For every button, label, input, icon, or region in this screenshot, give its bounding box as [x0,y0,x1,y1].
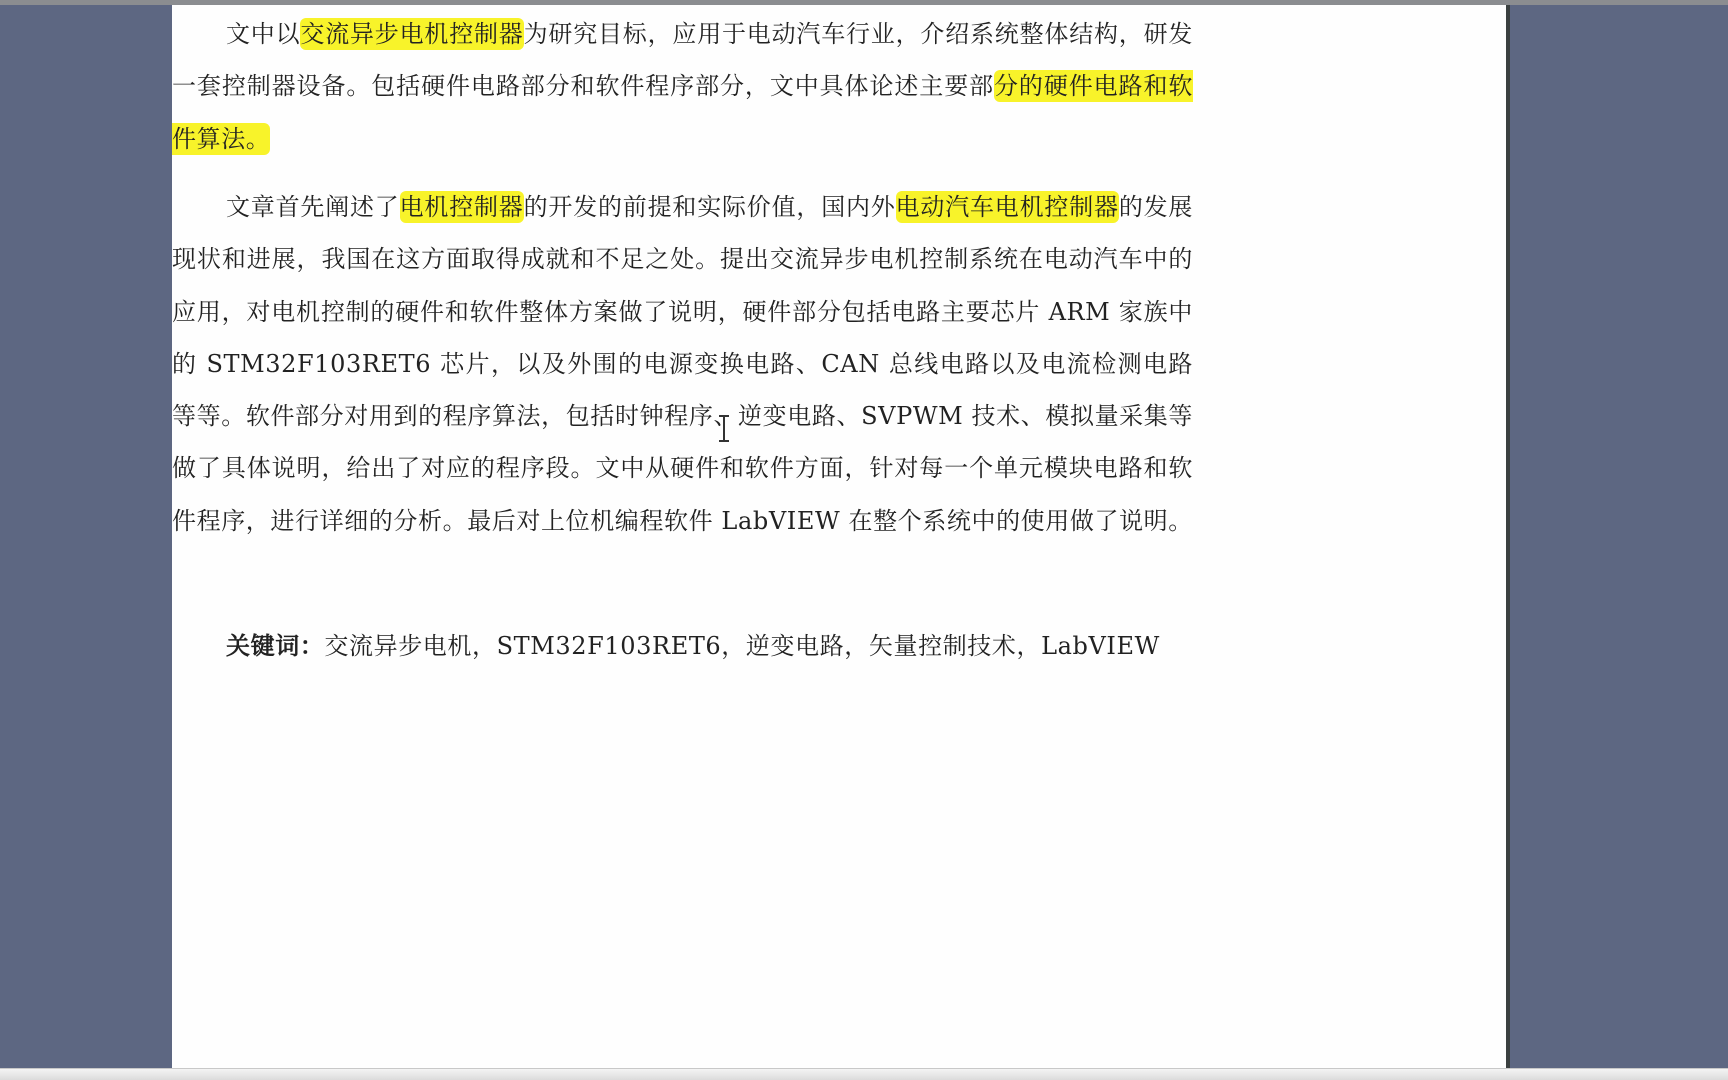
highlighted-text[interactable]: 交流异步电机控制器 [300,18,523,50]
text-segment: 文中以 [226,20,300,48]
highlighted-text[interactable]: 电机控制器 [400,191,524,223]
keywords-value: 交流异步电机，STM32F103RET6，逆变电路，矢量控制技术，LabVIEW [324,632,1160,660]
text-cursor-icon [719,415,729,441]
keywords-line: 关键词：交流异步电机，STM32F103RET6，逆变电路，矢量控制技术，Lab… [172,620,1193,672]
paragraph-1: 文中以交流异步电机控制器为研究目标，应用于电动汽车行业，介绍系统整体结构，研发一… [172,8,1193,165]
text-segment: 文章首先阐述了 [226,193,400,221]
highlighted-text[interactable]: 电动汽车电机控制器 [896,191,1119,223]
paragraph-2: 文章首先阐述了电机控制器的开发的前提和实际价值，国内外电动汽车电机控制器的发展现… [172,181,1193,547]
window-bottom-bar [0,1068,1728,1080]
text-segment: 的发展现状和进展，我国在这方面取得成就和不足之处。提出交流异步电机控制系统在电动… [172,193,1193,535]
keywords-label: 关键词： [226,631,324,660]
text-segment: 的开发的前提和实际价值，国内外 [524,193,896,221]
